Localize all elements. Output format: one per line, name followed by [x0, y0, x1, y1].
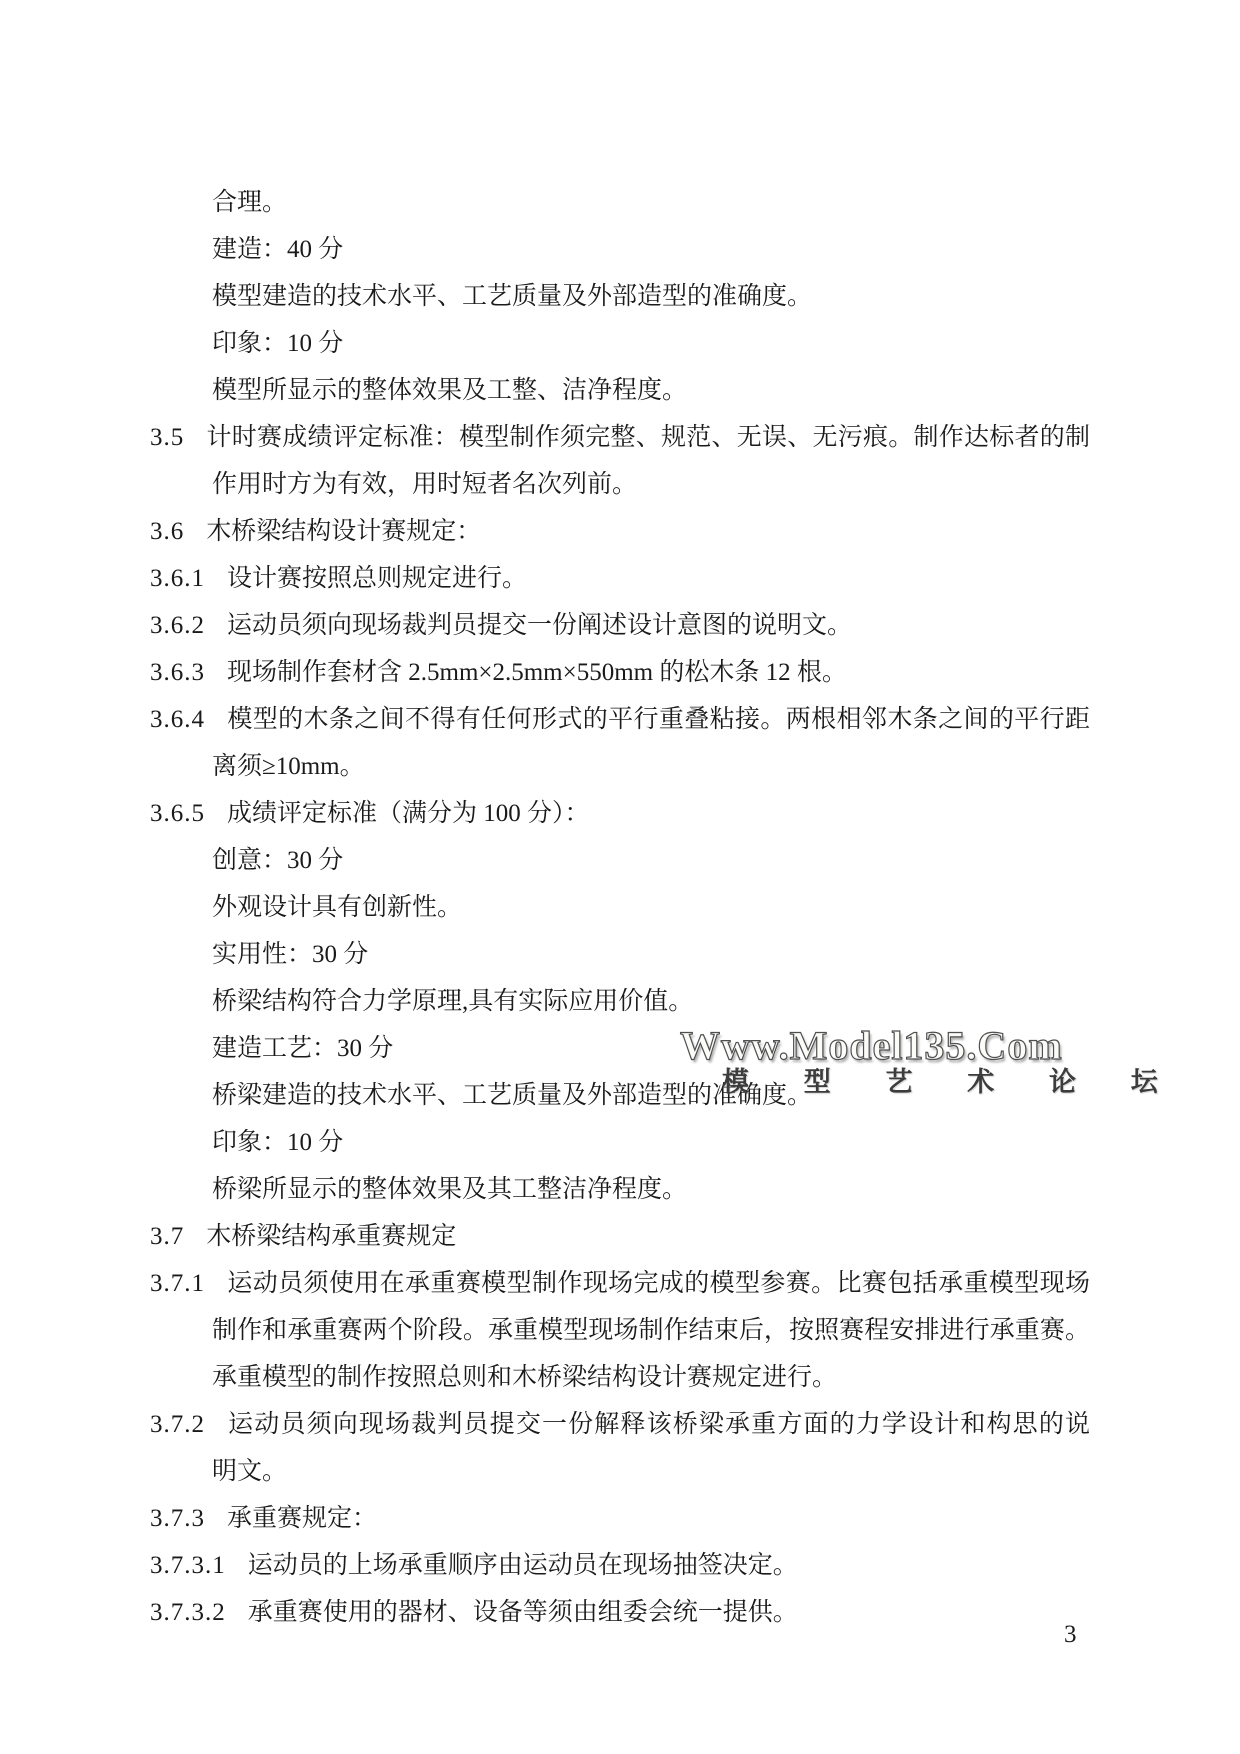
clause-text: 模型的木条之间不得有任何形式的平行重叠粘接。两根相邻木条之间的平行距 — [227, 706, 1090, 733]
clause-number: 3.6.4 — [150, 696, 205, 743]
clause-number: 3.6.3 — [150, 649, 205, 696]
clause-number: 3.7 — [150, 1213, 184, 1260]
clause-text: 承重赛使用的器材、设备等须由组委会统一提供。 — [248, 1599, 798, 1626]
text-line: 桥梁建造的技术水平、工艺质量及外部造型的准确度。 — [212, 1072, 1090, 1119]
clause-line: 3.6.3现场制作套材含 2.5mm×2.5mm×550mm 的松木条 12 根… — [150, 649, 1090, 696]
text-line: 离须≥10mm。 — [212, 743, 1090, 790]
clause-line: 3.7.3承重赛规定： — [150, 1495, 1090, 1542]
text-line: 制作和承重赛两个阶段。承重模型现场制作结束后，按照赛程安排进行承重赛。 — [212, 1307, 1090, 1354]
document-body: 合理。建造：40 分模型建造的技术水平、工艺质量及外部造型的准确度。印象：10 … — [150, 179, 1090, 1636]
clause-line: 3.6木桥梁结构设计赛规定： — [150, 508, 1090, 555]
clause-number: 3.6.2 — [150, 602, 205, 649]
clause-line: 3.6.5成绩评定标准（满分为 100 分）： — [150, 790, 1090, 837]
clause-text: 木桥梁结构承重赛规定 — [206, 1223, 456, 1250]
clause-text: 现场制作套材含 2.5mm×2.5mm×550mm 的松木条 12 根。 — [227, 659, 847, 686]
document-page: 合理。建造：40 分模型建造的技术水平、工艺质量及外部造型的准确度。印象：10 … — [0, 0, 1240, 1754]
clause-line: 3.6.4模型的木条之间不得有任何形式的平行重叠粘接。两根相邻木条之间的平行距 — [150, 696, 1090, 743]
clause-line: 3.7.2运动员须向现场裁判员提交一份解释该桥梁承重方面的力学设计和构思的说 — [150, 1401, 1090, 1448]
text-line: 模型建造的技术水平、工艺质量及外部造型的准确度。 — [212, 273, 1090, 320]
text-line: 实用性：30 分 — [212, 931, 1090, 978]
clause-line: 3.7.3.2承重赛使用的器材、设备等须由组委会统一提供。 — [150, 1589, 1090, 1636]
clause-number: 3.6.5 — [150, 790, 205, 837]
clause-number: 3.7.3 — [150, 1495, 205, 1542]
text-line: 桥梁结构符合力学原理,具有实际应用价值。 — [212, 978, 1090, 1025]
text-line: 建造工艺：30 分 — [212, 1025, 1090, 1072]
text-line: 合理。 — [212, 179, 1090, 226]
clause-text: 成绩评定标准（满分为 100 分）： — [227, 800, 590, 827]
clause-text: 设计赛按照总则规定进行。 — [227, 565, 527, 592]
clause-number: 3.7.1 — [150, 1260, 205, 1307]
text-line: 外观设计具有创新性。 — [212, 884, 1090, 931]
text-line: 作用时方为有效，用时短者名次列前。 — [212, 461, 1090, 508]
clause-text: 运动员须使用在承重赛模型制作现场完成的模型参赛。比赛包括承重模型现场 — [227, 1270, 1090, 1297]
clause-line: 3.7.3.1运动员的上场承重顺序由运动员在现场抽签决定。 — [150, 1542, 1090, 1589]
text-line: 模型所显示的整体效果及工整、洁净程度。 — [212, 367, 1090, 414]
clause-text: 运动员的上场承重顺序由运动员在现场抽签决定。 — [248, 1552, 798, 1579]
clause-number: 3.7.2 — [150, 1401, 205, 1448]
text-line: 明文。 — [212, 1448, 1090, 1495]
text-line: 建造：40 分 — [212, 226, 1090, 273]
clause-text: 运动员须向现场裁判员提交一份解释该桥梁承重方面的力学设计和构思的说 — [227, 1411, 1090, 1438]
clause-number: 3.6 — [150, 508, 184, 555]
clause-number: 3.5 — [150, 414, 184, 461]
clause-number: 3.7.3.1 — [150, 1542, 226, 1589]
text-line: 承重模型的制作按照总则和木桥梁结构设计赛规定进行。 — [212, 1354, 1090, 1401]
clause-text: 木桥梁结构设计赛规定： — [206, 518, 481, 545]
text-line: 创意：30 分 — [212, 837, 1090, 884]
text-line: 桥梁所显示的整体效果及其工整洁净程度。 — [212, 1166, 1090, 1213]
clause-text: 计时赛成绩评定标准：模型制作须完整、规范、无误、无污痕。制作达标者的制 — [206, 424, 1090, 451]
clause-text: 运动员须向现场裁判员提交一份阐述设计意图的说明文。 — [227, 612, 852, 639]
clause-line: 3.7.1运动员须使用在承重赛模型制作现场完成的模型参赛。比赛包括承重模型现场 — [150, 1260, 1090, 1307]
text-line: 印象：10 分 — [212, 1119, 1090, 1166]
clause-number: 3.7.3.2 — [150, 1589, 226, 1636]
page-number: 3 — [1064, 1620, 1077, 1650]
clause-text: 承重赛规定： — [227, 1505, 377, 1532]
clause-line: 3.7木桥梁结构承重赛规定 — [150, 1213, 1090, 1260]
clause-line: 3.5计时赛成绩评定标准：模型制作须完整、规范、无误、无污痕。制作达标者的制 — [150, 414, 1090, 461]
clause-number: 3.6.1 — [150, 555, 205, 602]
clause-line: 3.6.2运动员须向现场裁判员提交一份阐述设计意图的说明文。 — [150, 602, 1090, 649]
clause-line: 3.6.1设计赛按照总则规定进行。 — [150, 555, 1090, 602]
text-line: 印象：10 分 — [212, 320, 1090, 367]
